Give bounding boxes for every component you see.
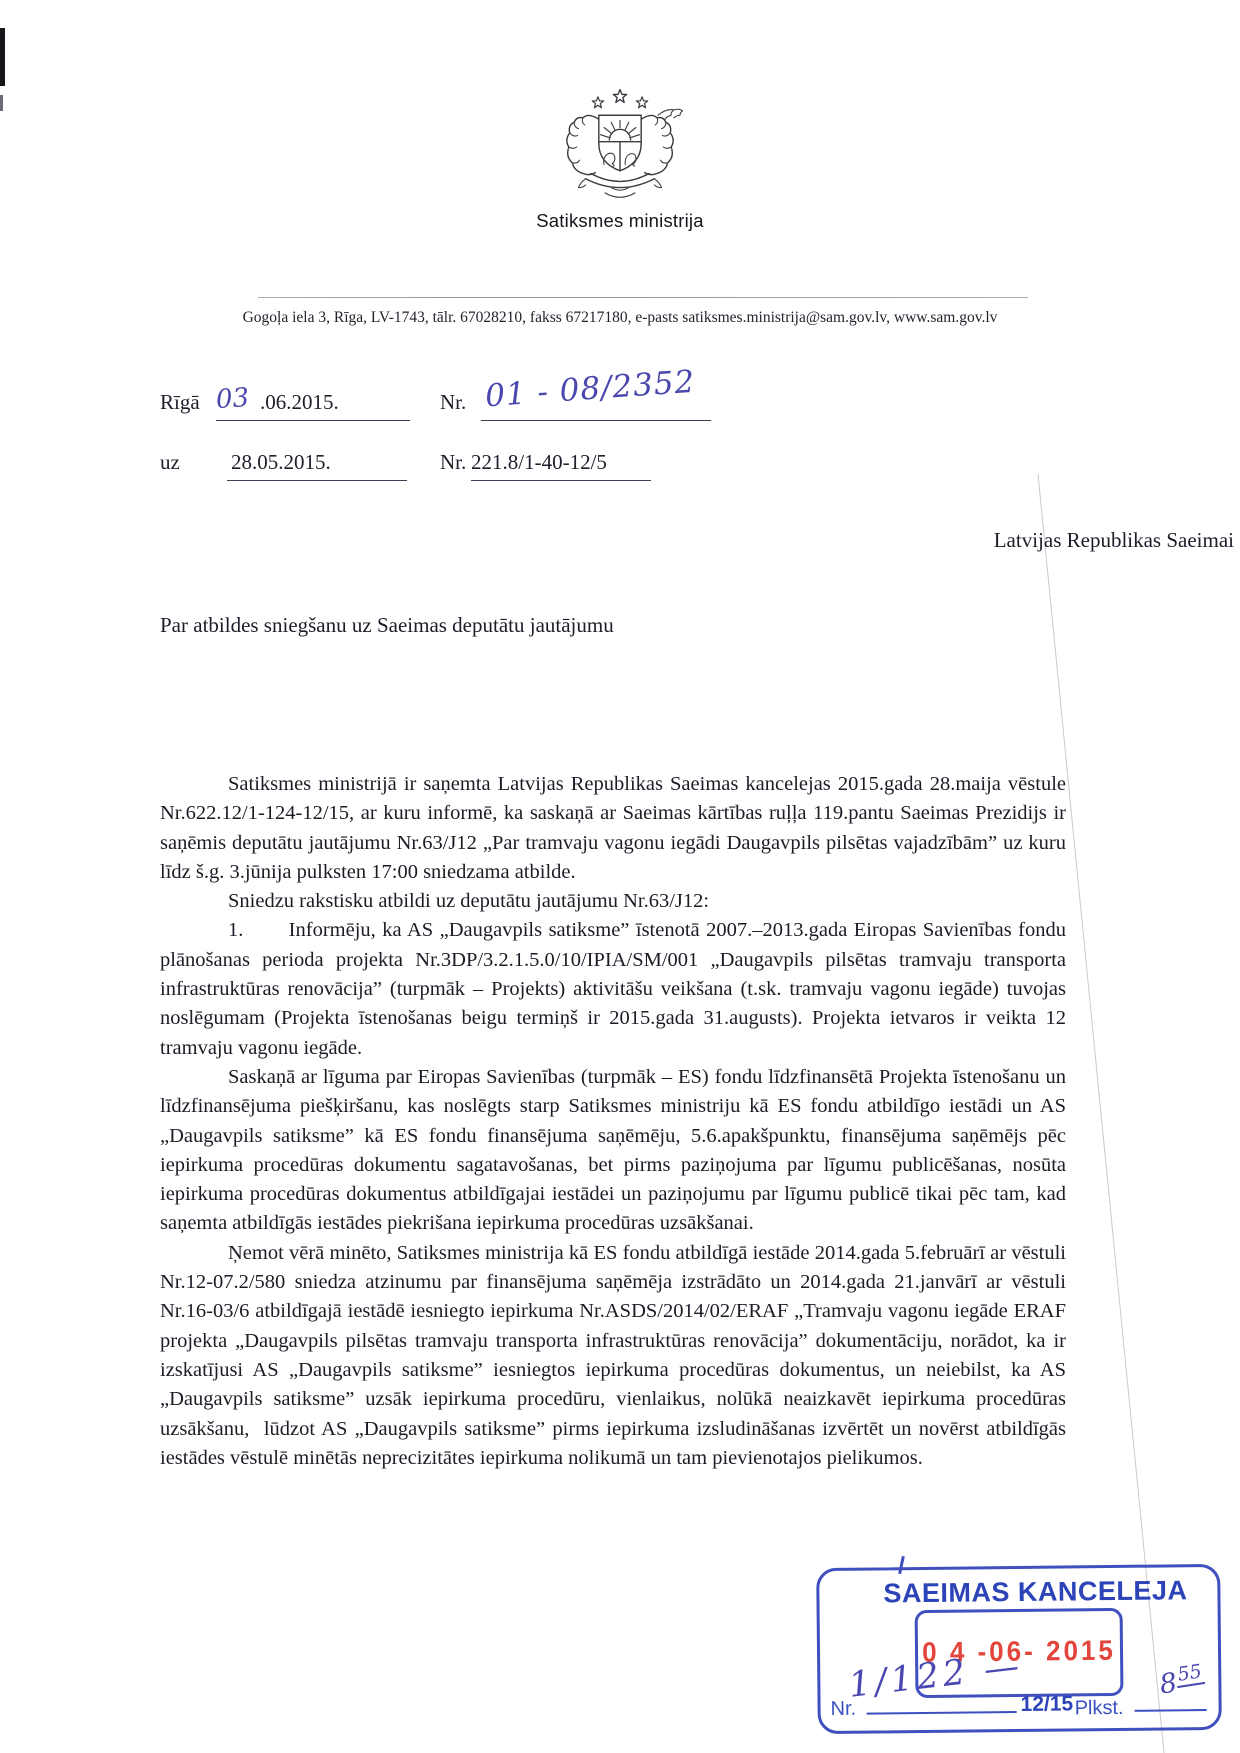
- scan-edge-artifact: [0, 28, 5, 86]
- stamp-time-label: Plkst.: [1075, 1697, 1124, 1721]
- reply-nr-label: Nr.: [440, 450, 466, 475]
- stamp-nr-suffix: 12/15: [1020, 1692, 1073, 1717]
- latvia-coat-of-arms-icon: [545, 88, 695, 211]
- handwritten-time: 855: [1157, 1660, 1207, 1700]
- ministry-name: Satiksmes ministrija: [0, 210, 1240, 232]
- scanned-letter-page: Satiksmes ministrija Gogoļa iela 3, Rīga…: [0, 0, 1240, 1753]
- body-paragraph: 1. Informēju, ka AS „Daugavpils satiksme…: [160, 916, 1066, 1062]
- reply-date-field: 28.05.2015.: [227, 448, 407, 481]
- letter-body: Satiksmes ministrijā ir saņemta Latvijas…: [160, 770, 1066, 1473]
- body-paragraph: Saskaņā ar līguma par Eiropas Savienības…: [160, 1063, 1066, 1239]
- reply-date: 28.05.2015.: [231, 450, 331, 475]
- place-label: Rīgā: [160, 390, 200, 415]
- saeima-registration-stamp: SAEIMAS KANCELEJA 0 4 -06- 2015 Nr. 12/1…: [816, 1564, 1222, 1734]
- letter-nr-field: 01 - 08/2352: [481, 388, 711, 421]
- reply-nr-field: 221.8/1-40-12/5: [471, 448, 651, 481]
- header-divider: [258, 297, 1028, 298]
- reply-to-label: uz: [160, 450, 180, 475]
- addressee: Latvijas Republikas Saeimai: [994, 528, 1234, 553]
- stamp-nr-underline: [867, 1711, 1017, 1715]
- letter-date-field: 03 .06.2015.: [216, 388, 410, 421]
- handwritten-day: 03: [215, 383, 250, 415]
- contact-line: Gogoļa iela 3, Rīga, LV-1743, tālr. 6702…: [0, 309, 1240, 327]
- body-paragraph: Satiksmes ministrijā ir saņemta Latvijas…: [160, 770, 1066, 887]
- body-paragraph: Sniedzu rakstisku atbildi uz deputātu ja…: [160, 887, 1066, 916]
- letter-nr-label: Nr.: [440, 390, 466, 415]
- reply-nr: 221.8/1-40-12/5: [471, 450, 607, 475]
- handwritten-time-minutes: 55: [1174, 1660, 1205, 1688]
- body-paragraph: Ņemot vērā minēto, Satiksmes ministrija …: [160, 1239, 1066, 1473]
- scan-edge-artifact: [0, 95, 3, 111]
- subject-line: Par atbildes sniegšanu uz Saeimas deputā…: [160, 610, 640, 641]
- letter-date-printed: .06.2015.: [260, 390, 339, 415]
- handwritten-letter-number: 01 - 08/2352: [484, 364, 696, 415]
- stamp-title: SAEIMAS KANCELEJA: [857, 1575, 1213, 1610]
- stamp-time-underline: [1135, 1709, 1207, 1712]
